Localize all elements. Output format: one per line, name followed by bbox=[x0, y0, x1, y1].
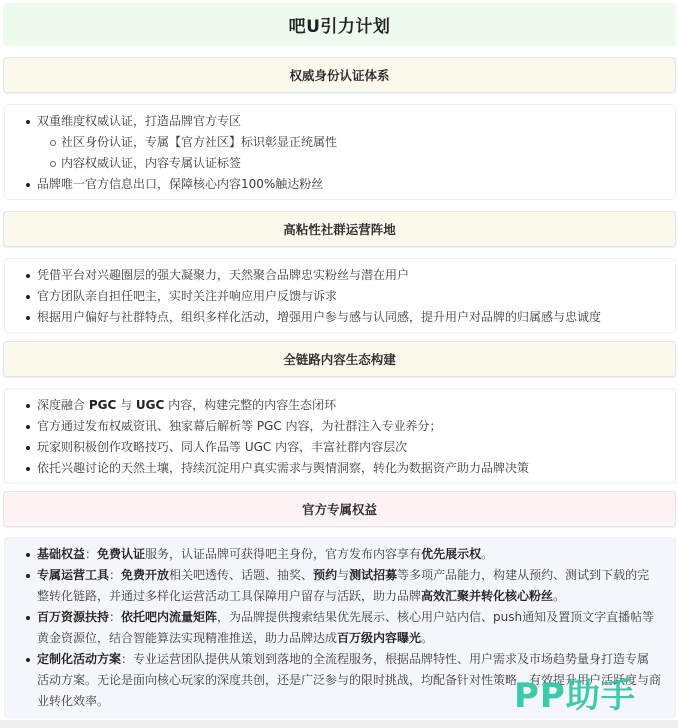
emphasis-text: UGC bbox=[136, 398, 164, 412]
body-text: 相关吧透传、话题、抽奖、 bbox=[169, 568, 313, 582]
body-text: 内容，构建完整的内容生态闭环 bbox=[164, 398, 336, 412]
list-subitem: 内容权威认证，内容专属认证标签 bbox=[5, 153, 661, 174]
section-title: 高粘性社群运营阵地 bbox=[283, 220, 396, 238]
list-item: 基础权益：免费认证服务，认证品牌可获得吧主身份，官方发布内容享有优先展示权。 bbox=[5, 544, 661, 565]
list-item: 根据用户偏好与社群特点，组织多样化活动，增强用户参与感与认同感，提升用户对品牌的… bbox=[5, 307, 661, 328]
page-title-banner: 吧U引力计划 bbox=[3, 3, 676, 46]
body-text: 。 bbox=[421, 631, 433, 645]
body-text: 服务，认证品牌可获得吧主身份，官方发布内容享有 bbox=[145, 547, 421, 561]
emphasis-text: 专属运营工具 bbox=[37, 568, 109, 582]
emphasis-text: 定制化活动方案 bbox=[37, 652, 121, 666]
body-text: ： bbox=[109, 610, 121, 624]
emphasis-text: 依托吧内流量矩阵 bbox=[121, 610, 217, 624]
body-text: ： bbox=[109, 568, 121, 582]
section-header-community: 高粘性社群运营阵地 bbox=[3, 211, 676, 247]
emphasis-text: 百万资源扶持 bbox=[37, 610, 109, 624]
bullet-list: 双重维度权威认证，打造品牌官方专区 社区身份认证，专属【官方社区】标识彰显正统属… bbox=[5, 111, 661, 195]
emphasis-text: 测试招募 bbox=[349, 568, 397, 582]
section-title: 全链路内容生态构建 bbox=[283, 350, 396, 368]
emphasis-text: 优先展示权 bbox=[421, 547, 481, 561]
emphasis-text: 预约 bbox=[313, 568, 337, 582]
emphasis-text: PGC bbox=[89, 398, 116, 412]
emphasis-text: 免费开放 bbox=[121, 568, 169, 582]
list-item: 定制化活动方案：专业运营团队提供从策划到落地的全流程服务，根据品牌特性、用户需求… bbox=[5, 649, 661, 712]
body-text: 。 bbox=[553, 589, 565, 603]
list-item: 官方通过发布权威资讯、独家幕后解析等 PGC 内容，为社群注入专业养分； bbox=[5, 416, 661, 437]
section-header-authority: 权威身份认证体系 bbox=[3, 57, 676, 93]
list-item: 品牌唯一官方信息出口，保障核心内容100%触达粉丝 bbox=[5, 174, 661, 195]
list-item: 双重维度权威认证，打造品牌官方专区 bbox=[5, 111, 661, 132]
bullet-list: 凭借平台对兴趣圈层的强大凝聚力，天然聚合品牌忠实粉丝与潜在用户 官方团队亲自担任… bbox=[5, 265, 661, 328]
section-header-official-benefits: 官方专属权益 bbox=[3, 491, 676, 527]
section-title: 权威身份认证体系 bbox=[289, 66, 389, 84]
page-title: 吧U引力计划 bbox=[289, 12, 391, 37]
bullet-list: 深度融合 PGC 与 UGC 内容，构建完整的内容生态闭环 官方通过发布权威资讯… bbox=[5, 395, 661, 479]
body-text: ： bbox=[85, 547, 97, 561]
list-item: 玩家则积极创作攻略技巧、同人作品等 UGC 内容，丰富社群内容层次 bbox=[5, 437, 661, 458]
list-item: 深度融合 PGC 与 UGC 内容，构建完整的内容生态闭环 bbox=[5, 395, 661, 416]
section-header-content-ecosystem: 全链路内容生态构建 bbox=[3, 341, 676, 377]
list-subitem: 社区身份认证，专属【官方社区】标识彰显正统属性 bbox=[5, 132, 661, 153]
emphasis-text: 百万级内容曝光 bbox=[337, 631, 421, 645]
emphasis-text: 基础权益 bbox=[37, 547, 85, 561]
emphasis-text: 高效汇聚并转化核心粉丝 bbox=[421, 589, 553, 603]
bullet-list: 基础权益：免费认证服务，认证品牌可获得吧主身份，官方发布内容享有优先展示权。 专… bbox=[5, 544, 661, 712]
body-text: ：专业运营团队提供从策划到落地的全流程服务，根据品牌特性、用户需求及市场趋势量身… bbox=[37, 652, 661, 708]
list-item: 专属运营工具：免费开放相关吧透传、话题、抽奖、预约与测试招募等多项产品能力，构建… bbox=[5, 565, 661, 607]
emphasis-text: 免费认证 bbox=[97, 547, 145, 561]
section-body-community: 凭借平台对兴趣圈层的强大凝聚力，天然聚合品牌忠实粉丝与潜在用户 官方团队亲自担任… bbox=[4, 258, 676, 333]
list-item: 依托兴趣讨论的天然土壤，持续沉淀用户真实需求与舆情洞察，转化为数据资产助力品牌决… bbox=[5, 458, 661, 479]
body-text: 与 bbox=[116, 398, 136, 412]
list-item: 官方团队亲自担任吧主，实时关注并响应用户反馈与诉求 bbox=[5, 286, 661, 307]
bottom-divider bbox=[0, 720, 678, 728]
body-text: 与 bbox=[337, 568, 349, 582]
list-item: 百万资源扶持：依托吧内流量矩阵，为品牌提供搜索结果优先展示、核心用户站内信、pu… bbox=[5, 607, 661, 649]
section-body-official-benefits: 基础权益：免费认证服务，认证品牌可获得吧主身份，官方发布内容享有优先展示权。 专… bbox=[4, 537, 676, 718]
section-title: 官方专属权益 bbox=[302, 500, 377, 518]
body-text: 。 bbox=[481, 547, 493, 561]
section-body-content-ecosystem: 深度融合 PGC 与 UGC 内容，构建完整的内容生态闭环 官方通过发布权威资讯… bbox=[4, 388, 676, 484]
list-item: 凭借平台对兴趣圈层的强大凝聚力，天然聚合品牌忠实粉丝与潜在用户 bbox=[5, 265, 661, 286]
section-body-authority: 双重维度权威认证，打造品牌官方专区 社区身份认证，专属【官方社区】标识彰显正统属… bbox=[4, 104, 676, 200]
body-text: 深度融合 bbox=[37, 398, 89, 412]
